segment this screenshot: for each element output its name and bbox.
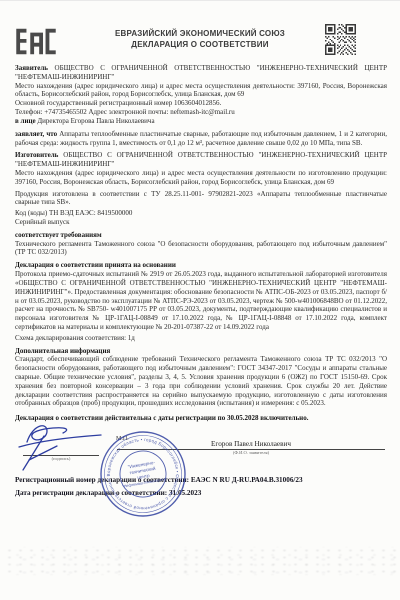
document-title: ДЕКЛАРАЦИЯ О СООТВЕТСТВИИ xyxy=(70,40,330,51)
product-description: Аппараты теплообменные пластинчатые свар… xyxy=(15,130,387,147)
basis-text: Протокола приемо-сдаточных испытаний № 2… xyxy=(15,270,387,332)
compliance-text: Технического регламента Таможенного союз… xyxy=(15,240,387,258)
tu-line: Продукция изготовлена в соответствии с Т… xyxy=(15,190,387,208)
manufacturer-address: Место нахождения (адрес юридического лиц… xyxy=(15,169,387,187)
basis-label: Декларация о соответствии принята на осн… xyxy=(15,261,387,270)
manufacturer-label: Изготовитель xyxy=(15,151,58,159)
stamp-center-line3: центр xyxy=(137,473,150,480)
applicant-line: Заявитель ОБЩЕСТВО С ОГРАНИЧЕННОЙ ОТВЕТС… xyxy=(15,64,387,82)
eac-logo-icon xyxy=(15,25,57,58)
person-label: в лице xyxy=(15,117,36,125)
compliance-label: соответствует требованиям xyxy=(15,231,387,240)
applicant-label: Заявитель xyxy=(15,64,48,72)
applicant-contacts: Телефон: +74735465502 Адрес электронной … xyxy=(15,108,387,117)
declaration-document: ЕВРАЗИЙСКИЙ ЭКОНОМИЧЕСКИЙ СОЮЗ ДЕКЛАРАЦИ… xyxy=(0,0,400,600)
scan-noise-band xyxy=(4,547,396,575)
manufacturer-line: Изготовитель ОБЩЕСТВО С ОГРАНИЧЕННОЙ ОТВ… xyxy=(15,151,387,169)
company-stamp-icon: • Воронежская область • город Борисоглеб… xyxy=(90,421,197,528)
manufacturer-name: ОБЩЕСТВО С ОГРАНИЧЕННОЙ ОТВЕТСТВЕННОСТЬЮ… xyxy=(15,151,387,168)
additional-info-text: Стандарт, обеспечивающий соблюдение треб… xyxy=(15,355,387,408)
applicant-address: Место нахождения (адрес юридического лиц… xyxy=(15,82,387,100)
applicant-person: в лице Директора Егорова Павла Николаеви… xyxy=(15,117,387,126)
scheme-line: Схема декларирования соответствия: 1д xyxy=(15,334,387,343)
qr-code-icon xyxy=(325,24,356,55)
applicant-ogrn: Основной государственный регистрационный… xyxy=(15,99,387,108)
tnved-code: Код (коды) ТН ВЭД ЕАЭС: 8419500000 xyxy=(15,209,387,218)
registration-date-line: Дата регистрации декларации о соответств… xyxy=(15,489,387,498)
serial-release: Серийный выпуск xyxy=(15,218,387,227)
product-declaration: заявляет, что Аппараты теплообменные пла… xyxy=(15,130,387,148)
union-title: ЕВРАЗИЙСКИЙ ЭКОНОМИЧЕСКИЙ СОЮЗ xyxy=(70,29,330,40)
applicant-name: ОБЩЕСТВО С ОГРАНИЧЕННОЙ ОТВЕТСТВЕННОСТЬЮ… xyxy=(15,64,387,81)
signature-block: М.П. • Воронежская область • город Борис… xyxy=(15,428,387,466)
declares-label: заявляет, что xyxy=(15,130,57,138)
additional-info-label: Дополнительная информация xyxy=(15,347,387,356)
document-header: ЕВРАЗИЙСКИЙ ЭКОНОМИЧЕСКИЙ СОЮЗ ДЕКЛАРАЦИ… xyxy=(70,29,330,51)
document-body: Заявитель ОБЩЕСТВО С ОГРАНИЧЕННОЙ ОТВЕТС… xyxy=(15,64,387,499)
registration-number-value: ЕАЭС N RU Д-RU.РА04.В.31006/23 xyxy=(191,476,303,484)
person-name: Директора Егорова Павла Николаевича xyxy=(37,117,154,125)
